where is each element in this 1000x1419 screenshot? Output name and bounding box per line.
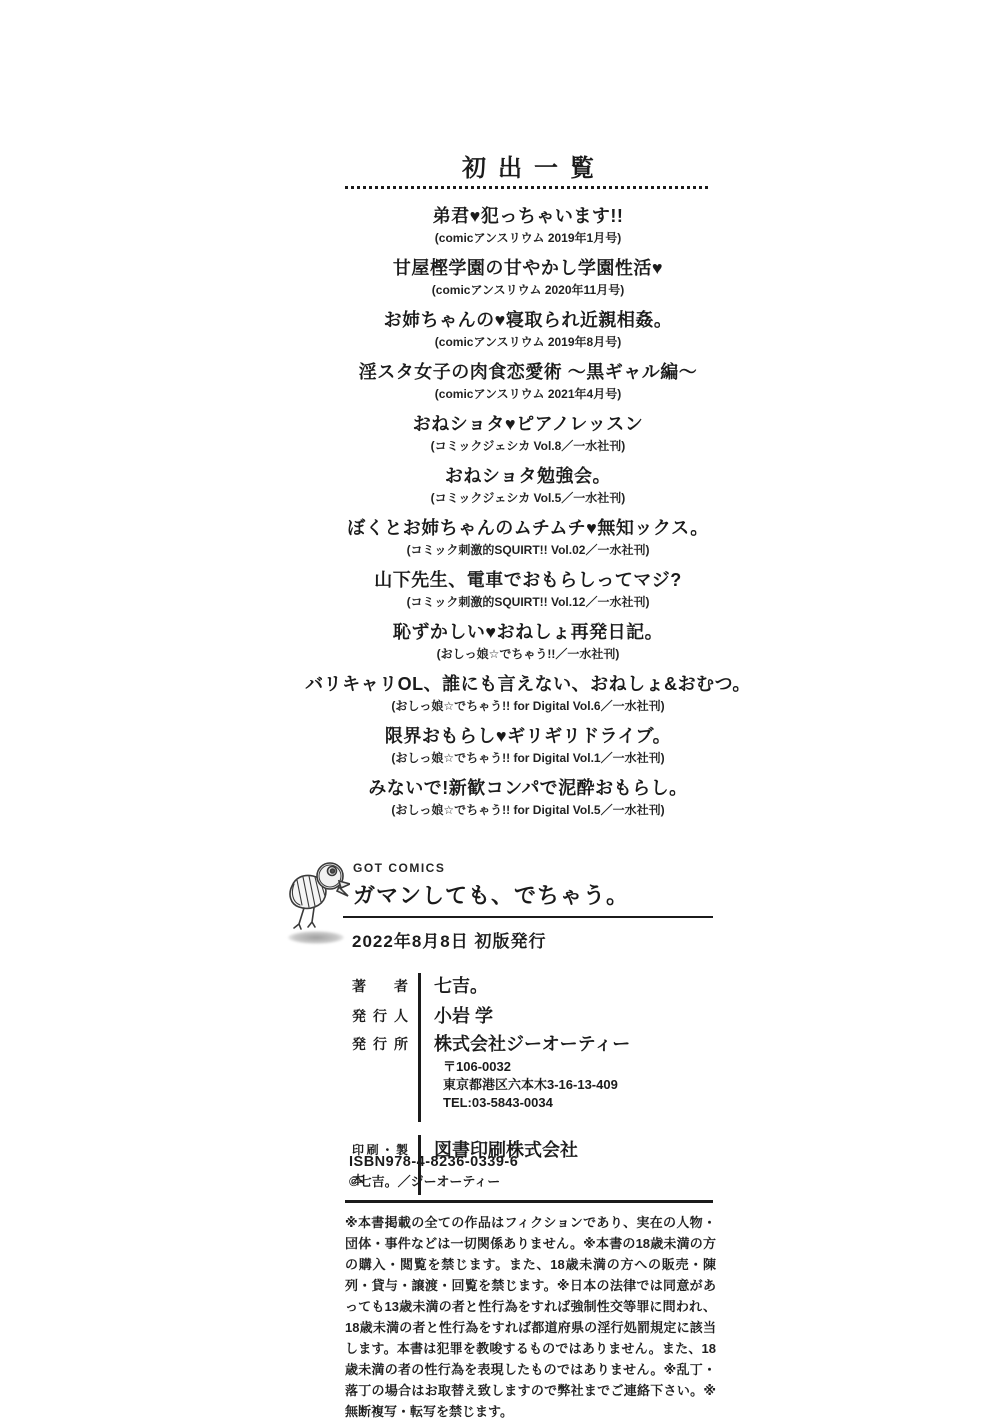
- works-list: 弟君♥犯っちゃいます!! (comicアンスリウム 2019年1月号) 甘屋樫学…: [300, 203, 756, 827]
- work-entry: 恥ずかしい♥おねしょ再発日記。 (おしっ娘☆でちゃう!!／一水社刊): [300, 619, 756, 671]
- copyright: ©七吉。／ジーオーティー: [349, 1172, 518, 1192]
- isbn: ISBN978-4-8236-0339-6: [349, 1152, 518, 1172]
- publisher-name: 株式会社ジーオーティー: [418, 1032, 630, 1058]
- street-address: 東京都港区六本木3-16-13-409: [443, 1076, 618, 1094]
- title-rule: [343, 916, 713, 918]
- work-source: (コミック刺激的SQUIRT!! Vol.02／一水社刊): [300, 541, 756, 559]
- work-entry: バリキャリOL、誰にも言えない、おねしょ&おむつ。 (おしっ娘☆でちゃう!! f…: [300, 671, 756, 723]
- work-title: おねショタ♥ピアノレッスン: [300, 411, 756, 437]
- work-source: (おしっ娘☆でちゃう!! for Digital Vol.5／一水社刊): [300, 801, 756, 819]
- work-title: おねショタ勉強会。: [300, 463, 756, 489]
- isbn-block: ISBN978-4-8236-0339-6 ©七吉。／ジーオーティー: [349, 1152, 518, 1192]
- work-title: 限界おもらし♥ギリギリドライブ。: [300, 723, 756, 749]
- work-entry: おねショタ♥ピアノレッスン (コミックジェシカ Vol.8／一水社刊): [300, 411, 756, 463]
- work-entry: 弟君♥犯っちゃいます!! (comicアンスリウム 2019年1月号): [300, 203, 756, 255]
- author-label: 著者: [352, 973, 408, 1004]
- work-source: (comicアンスリウム 2019年8月号): [300, 333, 756, 351]
- work-source: (comicアンスリウム 2020年11月号): [300, 281, 756, 299]
- phone-number: TEL:03-5843-0034: [443, 1094, 618, 1112]
- author-name: 七吉。: [418, 973, 488, 1004]
- work-source: (コミックジェシカ Vol.8／一水社刊): [300, 437, 756, 455]
- logo-shadow: [288, 931, 344, 944]
- postal-code: 〒106-0032: [443, 1058, 618, 1076]
- work-title: 弟君♥犯っちゃいます!!: [300, 203, 756, 229]
- publisher-label: 発行所: [352, 1032, 408, 1058]
- address-label-spacer: [352, 1058, 408, 1122]
- imprint-label: GOT COMICS: [353, 861, 445, 875]
- table-row-publisher-person: 発行人 小岩 学: [352, 1004, 712, 1032]
- publisher-person-label: 発行人: [352, 1004, 408, 1032]
- work-entry: 限界おもらし♥ギリギリドライブ。 (おしっ娘☆でちゃう!! for Digita…: [300, 723, 756, 775]
- work-title: みないで!新歓コンパで泥酔おもらし。: [300, 775, 756, 801]
- work-source: (comicアンスリウム 2021年4月号): [300, 385, 756, 403]
- dotted-divider: [345, 186, 711, 189]
- work-source: (おしっ娘☆でちゃう!!／一水社刊): [300, 645, 756, 663]
- work-entry: 甘屋樫学園の甘やかし学園性活♥ (comicアンスリウム 2020年11月号): [300, 255, 756, 307]
- work-title: お姉ちゃんの♥寝取られ近親相姦。: [300, 307, 756, 333]
- work-title: ぼくとお姉ちゃんのムチムチ♥無知ックス。: [300, 515, 756, 541]
- work-title: 淫スタ女子の肉食恋愛術 ～黒ギャル編～: [300, 359, 756, 385]
- work-title: 山下先生、電車でおもらしってマジ?: [300, 567, 756, 593]
- work-source: (おしっ娘☆でちゃう!! for Digital Vol.6／一水社刊): [300, 697, 756, 715]
- work-title: バリキャリOL、誰にも言えない、おねしょ&おむつ。: [300, 671, 756, 697]
- work-title: 恥ずかしい♥おねしょ再発日記。: [300, 619, 756, 645]
- work-title: 甘屋樫学園の甘やかし学園性活♥: [300, 255, 756, 281]
- work-entry: 山下先生、電車でおもらしってマジ? (コミック刺激的SQUIRT!! Vol.1…: [300, 567, 756, 619]
- work-entry: おねショタ勉強会。 (コミックジェシカ Vol.5／一水社刊): [300, 463, 756, 515]
- work-entry: 淫スタ女子の肉食恋愛術 ～黒ギャル編～ (comicアンスリウム 2021年4月…: [300, 359, 756, 411]
- colophon-page: 初出一覧 弟君♥犯っちゃいます!! (comicアンスリウム 2019年1月号)…: [0, 0, 1000, 1419]
- book-title: ガマンしても、でちゃう。: [353, 879, 629, 910]
- work-entry: ぼくとお姉ちゃんのムチムチ♥無知ックス。 (コミック刺激的SQUIRT!! Vo…: [300, 515, 756, 567]
- edition-date: 2022年8月8日 初版発行: [352, 927, 546, 952]
- table-row-publisher: 発行所 株式会社ジーオーティー: [352, 1032, 712, 1058]
- bottom-rule: [345, 1200, 713, 1203]
- publisher-address: 〒106-0032 東京都港区六本木3-16-13-409 TEL:03-584…: [418, 1058, 618, 1122]
- table-row-address: 〒106-0032 東京都港区六本木3-16-13-409 TEL:03-584…: [352, 1058, 712, 1122]
- table-row-author: 著者 七吉。: [352, 973, 712, 1004]
- work-source: (コミックジェシカ Vol.5／一水社刊): [300, 489, 756, 507]
- first-appearance-title: 初出一覧: [345, 148, 711, 183]
- work-source: (comicアンスリウム 2019年1月号): [300, 229, 756, 247]
- publisher-person-name: 小岩 学: [418, 1004, 493, 1032]
- bird-doodle-icon: [282, 856, 350, 938]
- work-source: (コミック刺激的SQUIRT!! Vol.12／一水社刊): [300, 593, 756, 611]
- work-entry: みないで!新歓コンパで泥酔おもらし。 (おしっ娘☆でちゃう!! for Digi…: [300, 775, 756, 827]
- work-source: (おしっ娘☆でちゃう!! for Digital Vol.1／一水社刊): [300, 749, 756, 767]
- disclaimer-text: ※本書掲載の全ての作品はフィクションであり、実在の人物・団体・事件などは一切関係…: [345, 1212, 716, 1419]
- work-entry: お姉ちゃんの♥寝取られ近親相姦。 (comicアンスリウム 2019年8月号): [300, 307, 756, 359]
